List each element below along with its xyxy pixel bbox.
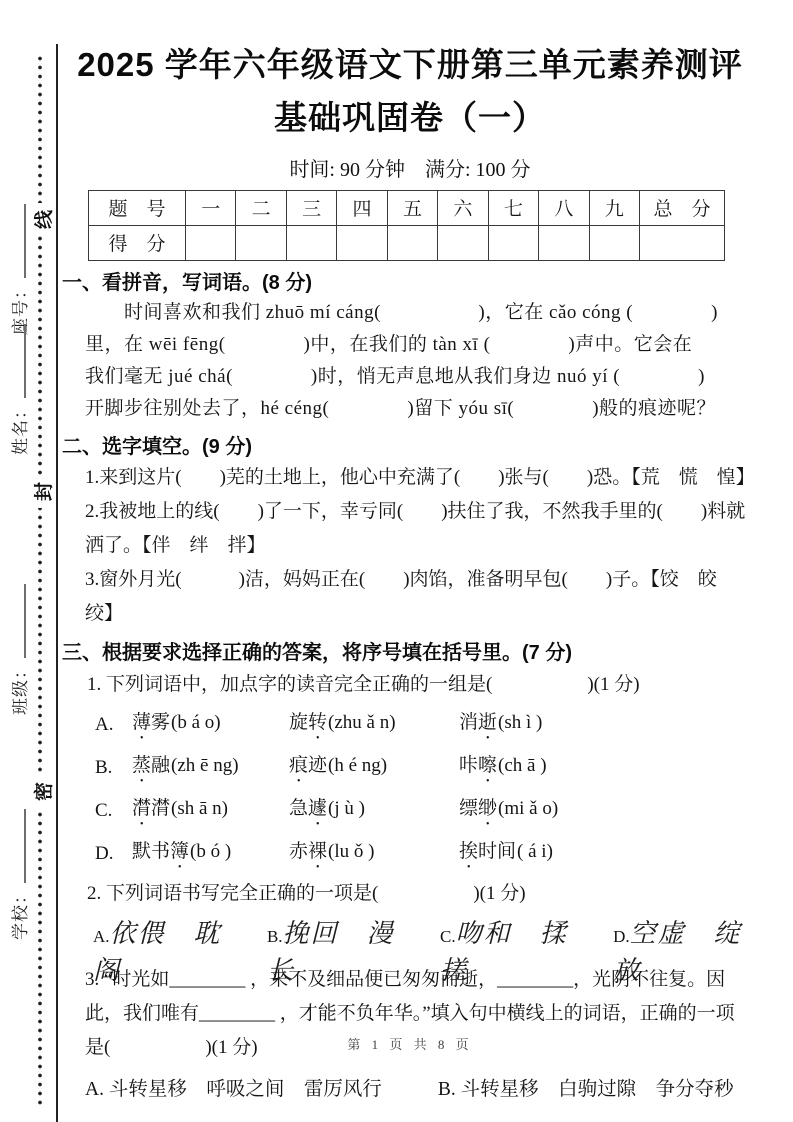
score-empty-cell — [488, 225, 538, 260]
score-empty-cell — [236, 225, 286, 260]
score-table-score-row: 得 分 — [89, 225, 725, 260]
character: 消 — [459, 712, 478, 733]
pinyin-annotation: (b á o) — [171, 712, 221, 733]
word-with-pinyin: 蒸融(zh ē ng) — [132, 750, 289, 787]
passage-line: 里，在 wēi fēng( )中，在我们的 tàn xī ( )声中。它会在 — [85, 329, 745, 361]
score-header-cell: 六 — [438, 190, 488, 225]
option-label: C. — [440, 927, 456, 946]
dotted-character: 嚓 — [478, 755, 497, 776]
q3-options: A. 斗转星移 呼吸之间 雷厉风行B. 斗转星移 白驹过隙 争分夺秒 — [85, 1073, 760, 1101]
score-header-cell: 题 号 — [89, 190, 186, 225]
fill-blank-item: 2.我被地上的线( )了一下，幸亏同( )扶住了我，不然我手里的( )料就洒了。… — [85, 495, 747, 563]
option-label: C. — [95, 800, 132, 822]
class-label: 班级： — [6, 584, 31, 715]
score-empty-cell — [286, 225, 336, 260]
section2-items: 1.来到这片( )芜的土地上，他心中充满了( )张与( )恐。【荒 慌 惶】2.… — [60, 461, 760, 631]
pinyin-annotation: (zh ē ng) — [171, 755, 239, 776]
seat-number-blank-line — [7, 204, 26, 278]
exam-paper-page: 座号： 姓名： 班级： 学校： 线 封 密 2025 学年六年级语文下册第三单元… — [0, 0, 793, 1122]
character: 急 — [289, 798, 308, 819]
seal-char-seal: 封 — [29, 475, 56, 508]
character: 时 — [478, 841, 497, 862]
score-empty-cell — [539, 225, 589, 260]
character: 融 — [151, 755, 170, 776]
score-table-header-row: 题 号一二三四五六七八九总 分 — [89, 190, 725, 225]
dotted-character: 缈 — [478, 798, 497, 819]
school-text: 学校： — [11, 886, 30, 940]
section1-heading: 一、看拼音，写词语。(8 分) — [62, 270, 760, 297]
dotted-character: 裸 — [308, 841, 327, 862]
character: 潸 — [151, 798, 170, 819]
pinyin-annotation: (h é ng) — [328, 755, 387, 776]
seat-number-label: 座号： — [6, 204, 31, 335]
q1-options: A.薄雾(b á o)旋转(zhu ǎ n)消逝(sh ì )B.蒸融(zh ē… — [95, 704, 760, 876]
word-with-pinyin: 痕迹(h é ng) — [289, 750, 459, 787]
score-empty-cell — [387, 225, 437, 260]
word-with-pinyin: 咔嚓(ch ā ) — [459, 750, 760, 787]
word-with-pinyin: 急遽(j ù ) — [289, 793, 459, 830]
pinyin-annotation: (j ù ) — [328, 798, 365, 819]
pinyin-annotation: (zhu ǎ n) — [328, 712, 396, 733]
school-label: 学校： — [6, 809, 31, 940]
score-header-cell: 九 — [589, 190, 640, 225]
score-header-cell: 五 — [387, 190, 437, 225]
word-with-pinyin: 赤裸(lu ǒ ) — [289, 836, 459, 873]
score-empty-cell — [640, 225, 725, 260]
pinyin-annotation: (sh ì ) — [498, 712, 542, 733]
score-header-cell: 二 — [236, 190, 286, 225]
option-label: B. — [95, 757, 132, 779]
word-with-pinyin: 薄雾(b á o) — [132, 707, 289, 744]
character: 缥 — [459, 798, 478, 819]
passage-line: 开脚步往别处去了，hé céng( )留下 yóu sī( )般的痕迹呢？ — [85, 393, 745, 425]
passage-line: 时间喜欢和我们 zhuō mí cáng( )，它在 cǎo cóng ( ) — [85, 297, 745, 329]
dotted-character: 逝 — [478, 712, 497, 733]
q2-stem: 2. 下列词语书写完全正确的一项是( )(1 分) — [87, 879, 742, 909]
class-text: 班级： — [11, 661, 30, 715]
fill-blank-item: 3.窗外月光( )洁，妈妈正在( )肉馅，准备明早包( )子。【饺 皎 绞】 — [85, 563, 747, 631]
option-label: B. — [267, 927, 283, 946]
score-header-cell: 八 — [539, 190, 589, 225]
page-number-footer: 第 1 页 共 8 页 — [60, 1034, 760, 1053]
character: 咔 — [459, 755, 478, 776]
dotted-character: 蒸 — [132, 755, 151, 776]
student-name-text: 姓名： — [11, 401, 30, 455]
word-with-pinyin: 缥缈(mi ǎ o) — [459, 793, 760, 830]
pinyin-annotation: (mi ǎ o) — [498, 798, 558, 819]
word-with-pinyin: 潸潸(sh ā n) — [132, 793, 289, 830]
q1-stem: 1. 下列词语中，加点字的读音完全正确的一组是( )(1 分) — [87, 670, 742, 700]
score-header-cell: 七 — [488, 190, 538, 225]
q2-options: A.依偎 耽阁B.挽回 漫长C.吻和 揉搓D.空虚 绽放 — [93, 913, 760, 955]
option-label: A. — [95, 714, 132, 736]
score-header-cell: 三 — [286, 190, 336, 225]
word-with-pinyin: 挨时间( á i) — [459, 836, 760, 873]
section3-heading: 三、根据要求选择正确的答案，将序号填在括号里。(7 分) — [62, 640, 760, 667]
score-empty-cell — [438, 225, 488, 260]
pinyin-annotation: (ch ā ) — [498, 755, 547, 776]
score-table: 题 号一二三四五六七八九总 分 得 分 — [88, 190, 725, 261]
pinyin-annotation: (lu ǒ ) — [328, 841, 374, 862]
q3-option: B. 斗转星移 白驹过隙 争分夺秒 — [438, 1073, 734, 1101]
character: 书 — [151, 841, 170, 862]
option-label: A. — [93, 927, 110, 946]
character: 间 — [497, 841, 516, 862]
character: 迹 — [308, 755, 327, 776]
option-label: D. — [95, 843, 132, 865]
q1-option-row: C.潸潸(sh ā n)急遽(j ù )缥缈(mi ǎ o) — [95, 790, 760, 833]
dotted-character: 挨 — [459, 841, 478, 862]
time-and-score-info: 时间: 90 分钟 满分: 100 分 — [60, 153, 760, 182]
character: 赤 — [289, 841, 308, 862]
word-with-pinyin: 旋转(zhu ǎ n) — [289, 707, 459, 744]
character: 旋 — [289, 712, 308, 733]
page-title-line2: 基础巩固卷（一） — [60, 97, 760, 140]
character: 雾 — [151, 712, 170, 733]
seal-char-secret: 密 — [29, 775, 56, 808]
word-with-pinyin: 消逝(sh ì ) — [459, 707, 760, 744]
dotted-character: 转 — [308, 712, 327, 733]
q3-option: A. 斗转星移 呼吸之间 雷厉风行 — [85, 1073, 382, 1101]
school-blank-line — [7, 809, 26, 883]
dotted-character: 薄 — [132, 712, 151, 733]
q1-option-row: D.默书簿(b ó )赤裸(lu ǒ )挨时间( á i) — [95, 833, 760, 876]
score-header-cell: 四 — [337, 190, 387, 225]
character: 默 — [132, 841, 151, 862]
dotted-character: 遽 — [308, 798, 327, 819]
dotted-character: 潸 — [132, 798, 151, 819]
student-name-label: 姓名： — [6, 324, 31, 455]
class-blank-line — [7, 584, 26, 658]
fill-blank-item: 1.来到这片( )芜的土地上，他心中充满了( )张与( )恐。【荒 慌 惶】 — [85, 461, 747, 495]
q1-option-row: B.蒸融(zh ē ng)痕迹(h é ng)咔嚓(ch ā ) — [95, 747, 760, 790]
pinyin-annotation: ( á i) — [517, 841, 553, 862]
pinyin-annotation: (sh ā n) — [171, 798, 228, 819]
score-empty-cell — [337, 225, 387, 260]
score-row-label: 得 分 — [89, 225, 186, 260]
dotted-character: 痕 — [289, 755, 308, 776]
student-name-blank-line — [7, 324, 26, 398]
exam-content: 2025 学年六年级语文下册第三单元素养测评 基础巩固卷（一） 时间: 90 分… — [60, 0, 760, 1101]
dotted-character: 簿 — [170, 841, 189, 862]
section1-passage: 时间喜欢和我们 zhuō mí cáng( )，它在 cǎo cóng ( )里… — [85, 297, 745, 425]
score-header-cell: 一 — [186, 190, 236, 225]
word-with-pinyin: 默书簿(b ó ) — [132, 836, 289, 873]
page-title-line1: 2025 学年六年级语文下册第三单元素养测评 — [60, 44, 760, 87]
option-label: D. — [613, 927, 630, 946]
seal-char-line: 线 — [29, 203, 56, 236]
score-header-cell: 总 分 — [640, 190, 725, 225]
score-empty-cell — [186, 225, 236, 260]
pinyin-annotation: (b ó ) — [190, 841, 231, 862]
passage-line: 我们毫无 jué chá( )时，悄无声息地从我们身边 nuó yí ( ) — [85, 361, 745, 393]
score-empty-cell — [589, 225, 640, 260]
q1-option-row: A.薄雾(b á o)旋转(zhu ǎ n)消逝(sh ì ) — [95, 704, 760, 747]
section2-heading: 二、选字填空。(9 分) — [62, 434, 760, 461]
margin-divider-line — [56, 44, 58, 1122]
